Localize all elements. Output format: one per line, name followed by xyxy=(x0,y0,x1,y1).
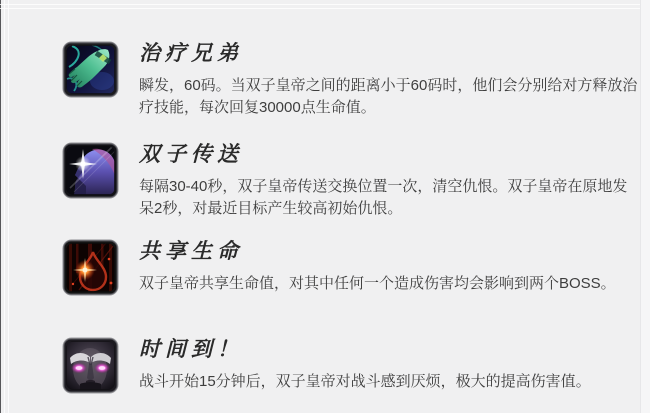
blood-drop-shared-life-icon xyxy=(62,239,119,296)
ability-text: 双子传送 每隔30-40秒，双子皇帝传送交换位置一次，清空仇恨。双子皇帝在原地发… xyxy=(139,141,639,220)
page-left-border xyxy=(0,0,1,413)
ability-section-shared-life: 共享生命 双子皇帝共享生命值，对其中任何一个造成伤害均会影响到两个BOSS。 xyxy=(62,238,640,296)
ability-guide-content: 治疗兄弟 瞬发，60码。当双子皇帝之间的距离小于60码时，他们会分别给对方释放治… xyxy=(62,40,640,394)
page-hairline xyxy=(8,0,9,413)
page-hairline xyxy=(0,4,650,5)
page-hairline xyxy=(0,8,650,9)
ability-title: 双子传送 xyxy=(139,141,639,167)
ability-title: 共享生命 xyxy=(139,238,639,264)
ability-description: 战斗开始15分钟后，双子皇帝对战斗感到厌烦，极大的提高伤害值。 xyxy=(139,371,639,393)
ability-title: 治疗兄弟 xyxy=(139,40,639,66)
ability-text: 治疗兄弟 瞬发，60码。当双子皇帝之间的距离小于60码时，他们会分别给对方释放治… xyxy=(139,40,639,119)
ability-description: 每隔30-40秒，双子皇帝传送交换位置一次，清空仇恨。双子皇帝在原地发呆2秒，对… xyxy=(139,176,639,220)
ability-description: 双子皇帝共享生命值，对其中任何一个造成伤害均会影响到两个BOSS。 xyxy=(139,273,639,295)
ability-text: 时间到！ 战斗开始15分钟后，双子皇帝对战斗感到厌烦，极大的提高伤害值。 xyxy=(139,336,639,393)
page-right-margin xyxy=(640,0,650,413)
ability-section-enrage-timer: 时间到！ 战斗开始15分钟后，双子皇帝对战斗感到厌烦，极大的提高伤害值。 xyxy=(62,336,640,394)
page-hairline xyxy=(4,0,5,413)
berserk-demon-face-icon xyxy=(62,337,119,394)
green-claw-heal-icon xyxy=(62,41,119,98)
ability-section-twin-teleport: 双子传送 每隔30-40秒，双子皇帝传送交换位置一次，清空仇恨。双子皇帝在原地发… xyxy=(62,141,640,220)
ability-description: 瞬发，60码。当双子皇帝之间的距离小于60码时，他们会分别给对方释放治疗技能，每… xyxy=(139,75,639,119)
ability-section-heal-brother: 治疗兄弟 瞬发，60码。当双子皇帝之间的距离小于60码时，他们会分别给对方释放治… xyxy=(62,40,640,119)
ability-text: 共享生命 双子皇帝共享生命值，对其中任何一个造成伤害均会影响到两个BOSS。 xyxy=(139,238,639,295)
hooded-figure-teleport-icon xyxy=(62,142,119,199)
ability-title: 时间到！ xyxy=(139,336,639,362)
